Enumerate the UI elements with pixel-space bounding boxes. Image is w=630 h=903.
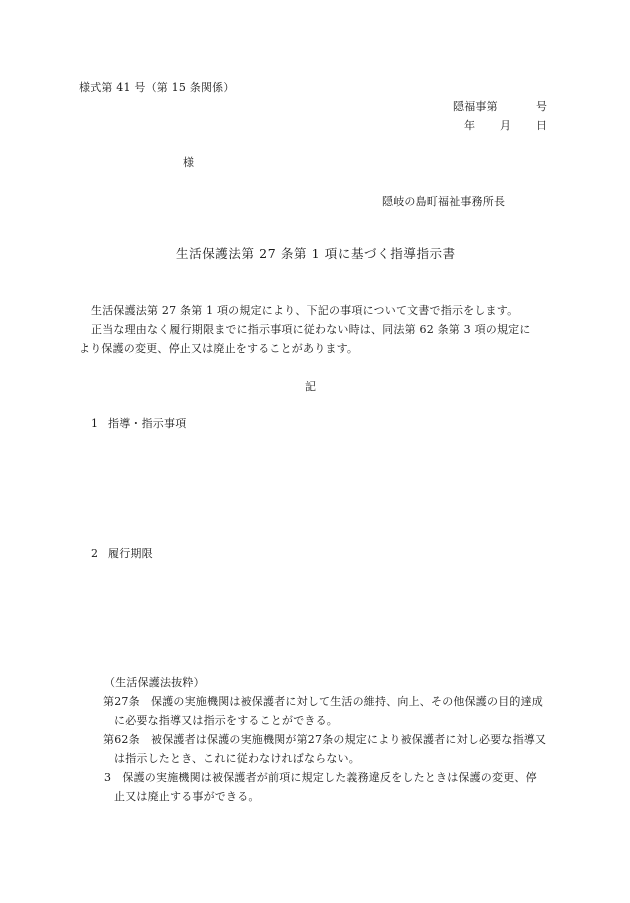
item-2-number: 2 xyxy=(91,548,98,559)
excerpt-line-5: 3 保護の実施機関は被保護者が前項に規定した義務違反をしたときは保護の変更、停 xyxy=(104,772,537,783)
issuer-name: 隠岐の島町福祉事務所長 xyxy=(382,196,505,207)
date-year-label: 年 xyxy=(464,120,475,131)
body-line-3: より保護の変更、停止又は廃止をすることがあります。 xyxy=(79,343,358,354)
addressee-suffix: 様 xyxy=(183,157,194,168)
doc-number-suffix: 号 xyxy=(536,101,547,112)
date-day-label: 日 xyxy=(536,120,547,131)
excerpt-heading: （生活保護法抜粋） xyxy=(104,677,205,688)
document-title: 生活保護法第 27 条第 1 項に基づく指導指示書 xyxy=(176,248,456,261)
ki-label: 記 xyxy=(305,381,316,392)
date-month-label: 月 xyxy=(500,120,511,131)
excerpt-line-2: に必要な指導又は指示をすることができる。 xyxy=(114,715,338,726)
excerpt-line-6: 止又は廃止する事ができる。 xyxy=(114,791,260,802)
excerpt-line-4: は指示したとき、これに従わなければならない。 xyxy=(114,753,360,764)
item-1-label: 指導・指示事項 xyxy=(108,418,186,429)
item-2-label: 履行期限 xyxy=(108,548,153,559)
body-line-1: 生活保護法第 27 条第 1 項の規定により、下記の事項について文書で指示をしま… xyxy=(91,305,518,316)
item-1-number: 1 xyxy=(91,418,98,429)
excerpt-line-3: 第62条 被保護者は保護の実施機関が第27条の規定により被保護者に対し必要な指導… xyxy=(103,734,546,745)
body-line-2: 正当な理由なく履行期限までに指示事項に従わない時は、同法第 62 条第 3 項の… xyxy=(91,324,531,335)
form-number: 様式第 41 号（第 15 条関係） xyxy=(79,82,235,93)
doc-number-prefix: 隠福事第 xyxy=(453,101,498,112)
excerpt-line-1: 第27条 保護の実施機関は被保護者に対して生活の維持、向上、その他保護の目的達成 xyxy=(103,696,543,707)
